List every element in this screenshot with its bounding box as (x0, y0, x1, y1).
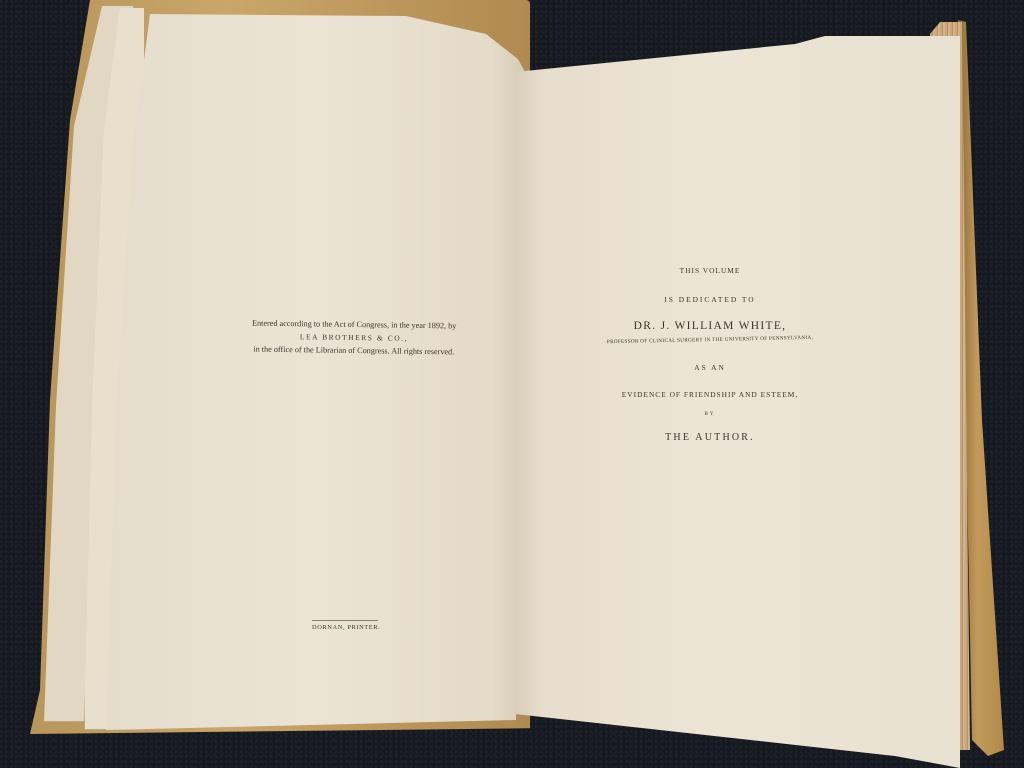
printer-imprint: DORNAN, PRINTER. (312, 620, 378, 631)
dedication-line-5: BY (560, 412, 860, 417)
dedication-author: THE AUTHOR. (560, 432, 860, 443)
right-page (515, 36, 960, 768)
dedication-line-2: IS DEDICATED TO (560, 295, 860, 304)
copyright-notice: Entered according to the Act of Congress… (238, 316, 471, 358)
dedication-line-4: EVIDENCE OF FRIENDSHIP AND ESTEEM, (560, 390, 860, 399)
dedication-line-3: AS AN (560, 363, 860, 372)
dedicatee-name: DR. J. WILLIAM WHITE, (560, 320, 860, 332)
dedication-line-1: THIS VOLUME (560, 266, 860, 275)
